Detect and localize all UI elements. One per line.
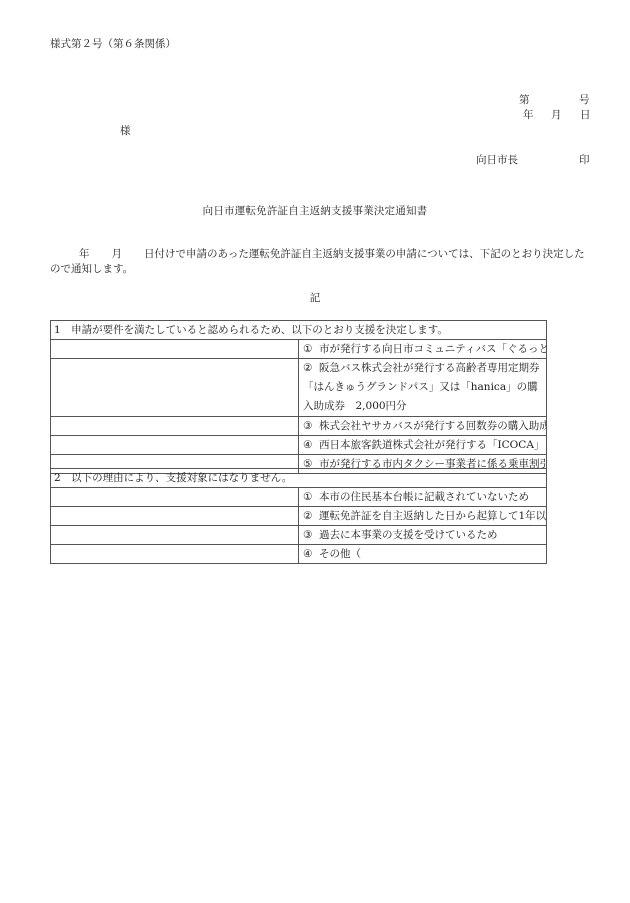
checkbox-cell[interactable] (51, 436, 299, 455)
rejected-item-4: ④その他（） (299, 545, 547, 564)
checkbox-cell[interactable] (51, 359, 299, 417)
approved-item-1: ①市が発行する向日市コミュニティバス「ぐるっとむこうバス」乗車券 2,000円分 (299, 340, 547, 359)
issuer-seal: 印 (579, 155, 590, 166)
ki-heading: 記 (0, 293, 630, 304)
rejected-item-2: ②運転免許証を自主返納した日から起算して1年以内の申請ではないため (299, 507, 547, 526)
body-month-label: 月 (112, 248, 123, 260)
rejected-item-3: ③過去に本事業の支援を受けているため (299, 526, 547, 545)
checkbox-cell[interactable] (51, 340, 299, 359)
approved-header: 1 申請が要件を満たしていると認められるため、以下のとおり支援を決定します。 (51, 321, 547, 340)
date-day-label: 日 (580, 110, 591, 121)
approved-table: 1 申請が要件を満たしていると認められるため、以下のとおり支援を決定します。 ①… (50, 320, 547, 474)
body-paragraph: 年月日付けで申請のあった運転免許証自主返納支援事業の申請については、下記のとおり… (50, 247, 590, 277)
approved-item-3: ③株式会社ヤサカバスが発行する回数券の購入助成券 2,000円分 (299, 417, 547, 436)
date-year-label: 年 (523, 110, 534, 121)
table-row: ③過去に本事業の支援を受けているため (51, 526, 547, 545)
document-number-suffix: 号 (579, 95, 590, 106)
date-month-label: 月 (551, 110, 562, 121)
checkbox-cell[interactable] (51, 545, 299, 564)
addressee-suffix: 様 (120, 126, 131, 137)
checkbox-cell[interactable] (51, 507, 299, 526)
checkbox-cell[interactable] (51, 417, 299, 436)
body-text: 日付けで申請のあった運転免許証自主返納支援事業の申請については、下記のとおり決定… (50, 248, 585, 275)
issuer-name: 向日市長 (476, 155, 518, 166)
table-row: ④西日本旅客鉄道株式会社が発行する「ICOCA」 2,000円分 (51, 436, 547, 455)
approved-item-2: ②阪急バス株式会社が発行する高齢者専用定期券「はんきゅうグランドパス」又は「ha… (299, 359, 547, 417)
table-row: ①本市の住民基本台帳に記載されていないため (51, 488, 547, 507)
rejected-item-1: ①本市の住民基本台帳に記載されていないため (299, 488, 547, 507)
table-row: ③株式会社ヤサカバスが発行する回数券の購入助成券 2,000円分 (51, 417, 547, 436)
table-row: ②阪急バス株式会社が発行する高齢者専用定期券「はんきゅうグランドパス」又は「ha… (51, 359, 547, 417)
checkbox-cell[interactable] (51, 488, 299, 507)
form-number: 様式第２号（第６条関係） (50, 39, 176, 50)
table-row: ①市が発行する向日市コミュニティバス「ぐるっとむこうバス」乗車券 2,000円分 (51, 340, 547, 359)
rejected-table: 2 以下の理由により、支援対象にはなりません。 ①本市の住民基本台帳に記載されて… (50, 468, 547, 564)
table-row: ②運転免許証を自主返納した日から起算して1年以内の申請ではないため (51, 507, 547, 526)
checkbox-cell[interactable] (51, 526, 299, 545)
table-row: ④その他（） (51, 545, 547, 564)
approved-item-4: ④西日本旅客鉄道株式会社が発行する「ICOCA」 2,000円分 (299, 436, 547, 455)
body-year-label: 年 (79, 248, 90, 260)
rejected-header: 2 以下の理由により、支援対象にはなりません。 (51, 469, 547, 488)
document-number-prefix: 第 (519, 95, 530, 106)
document-title: 向日市運転免許証自主返納支援事業決定通知書 (0, 206, 630, 217)
